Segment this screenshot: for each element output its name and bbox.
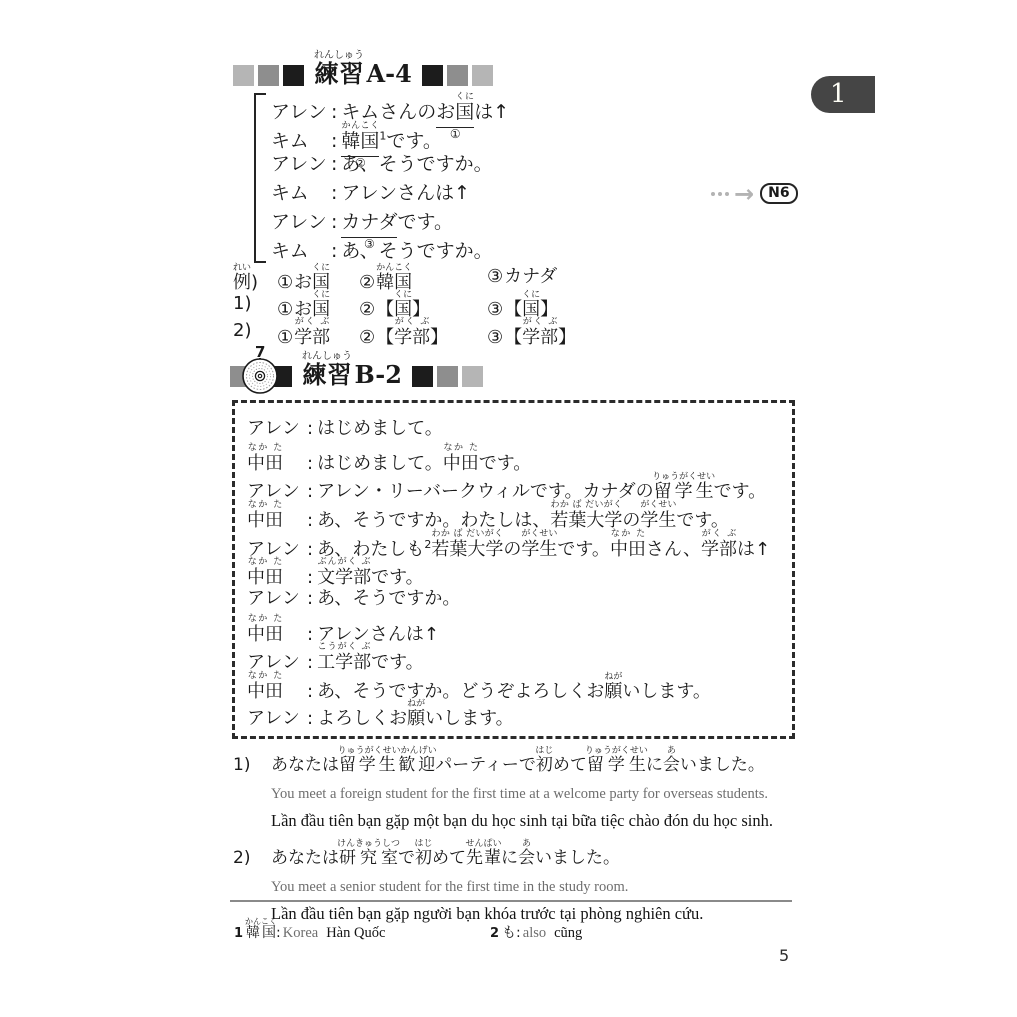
decorative-square — [462, 366, 483, 387]
ruby-annotated-text: 学生がくせい — [521, 539, 557, 560]
dialogue-line: アレン:あ、わたしも2若葉大学わか ば だいがくの学生がくせいです。中田なか た… — [247, 529, 792, 557]
dialogue-line: アレン:よろしくお願ねがいします。 — [247, 699, 792, 727]
speaker-name: キム — [271, 179, 331, 208]
chapter-number-tab: 1 — [811, 76, 875, 113]
speaker-colon: : — [331, 130, 337, 152]
ruby-annotated-text: 中田なか た — [247, 681, 283, 702]
ruby-annotated-text: 中田なか た — [247, 510, 283, 531]
answer-row-label: 例れい) — [233, 263, 277, 290]
ruby-annotated-text: 初はじ — [415, 848, 432, 868]
dialogue-line: アレン:アレン・リーバークウィルです。カナダの留学生りゅうがくせいです。 — [247, 472, 792, 500]
circled-number: ③ — [487, 266, 503, 287]
situation-number: 1) — [233, 749, 271, 781]
speaker-name: 中田なか た — [247, 500, 307, 535]
speaker-name: 中田なか た — [247, 614, 307, 649]
speaker-name: 中田なか た — [247, 443, 307, 478]
ruby-annotated-text: 先輩せんぱい — [466, 848, 501, 868]
dialogue-line: 中田なか た:あ、そうですか。わたしは、若葉大学わか ば だいがくの学生がくせい… — [247, 500, 792, 528]
b2-dialogue: アレン:はじめまして。中田なか た:はじめまして。中田なか たです。アレン:アレ… — [247, 415, 792, 727]
ruby-annotated-text: 留学生りゅうがくせい — [587, 755, 646, 775]
n6-badge: N6 — [760, 183, 797, 204]
ruby-annotated-text: 国くに — [455, 101, 474, 123]
decorative-square — [233, 65, 254, 86]
ruby-annotated-text: 学部がく ぶ — [522, 327, 558, 348]
decorative-square — [283, 65, 304, 86]
footnote-number: 1 — [234, 926, 243, 941]
cd-disc-graphic — [241, 357, 279, 395]
ruby-annotated-text: 中田なか た — [443, 453, 479, 474]
ruby-annotated-text: 中田なか た — [247, 624, 283, 645]
footnote-vietnamese: Hàn Quốc — [326, 925, 385, 941]
speaker-colon: : — [331, 211, 337, 233]
dot-icon — [725, 192, 729, 196]
footnote-term: 韓国かんこく — [246, 925, 276, 941]
dialogue-text: キムさんのお国くに①は↑ — [341, 101, 509, 123]
dialogue-line: 中田なか た:あ、そうですか。どうぞよろしくお願ねがいします。 — [247, 671, 792, 699]
ruby-annotated-text: 留学生りゅうがくせい — [654, 481, 714, 502]
dialogue-line: アレン:キムさんのお国くに①は↑ — [271, 92, 509, 121]
underlined-phrase: お国くに① — [436, 92, 474, 128]
dialogue-line: 中田なか た:アレンさんは↑ — [247, 614, 792, 642]
speaker-colon: : — [307, 681, 313, 702]
dialogue-line: アレン:工学部こうがく ぶです。 — [247, 642, 792, 670]
ruby-annotated-text: 願ねが — [604, 681, 622, 702]
speaker-name: アレン — [247, 585, 307, 613]
section-title-ruby: 練習れんしゅう — [314, 60, 364, 88]
situation-japanese-text: あなたは研究室けんきゅうしつで初はじめて先輩せんぱいに会あいました。 — [271, 848, 620, 868]
dialogue-text: 韓国かんこく②1です。 — [341, 130, 442, 152]
ruby-annotated-text: 願ねが — [407, 708, 425, 729]
speaker-colon: : — [307, 652, 313, 673]
ruby-annotated-text: 初はじ — [536, 755, 553, 775]
page-number: 5 — [779, 946, 789, 965]
footnote-separator: : — [276, 925, 281, 941]
ruby-annotated-text: 中田なか た — [247, 453, 283, 474]
speaker-colon: : — [331, 153, 337, 175]
ruby-annotated-text: 留学生歓迎りゅうがくせいかんげい — [339, 755, 435, 775]
answer-row: 1)①お国くに②【国くに】③【国くに】 — [233, 290, 576, 317]
dialogue-line: アレン:カナダ③です。 — [271, 208, 509, 237]
decorative-square — [412, 366, 433, 387]
decorative-square — [437, 366, 458, 387]
speaker-colon: : — [331, 240, 337, 262]
situation-japanese: 2)あなたは研究室けんきゅうしつで初はじめて先輩せんぱいに会あいました。 — [233, 839, 795, 874]
section-title-ruby: 練習れんしゅう — [302, 361, 352, 389]
answer-item: ②【国くに】 — [359, 290, 487, 317]
ruby-annotated-text: 会あ — [663, 755, 680, 775]
decorative-square — [472, 65, 493, 86]
cd-icon: 7 — [241, 345, 279, 395]
section-b2-header: 7 練習れんしゅうB-2 — [230, 338, 483, 388]
answer-item: ③【国くに】 — [487, 290, 558, 317]
speaker-name: アレン — [247, 415, 307, 443]
underlined-phrase: 韓国かんこく② — [341, 121, 379, 157]
answer-item: ②韓国かんこく — [359, 263, 487, 290]
situation-english: You meet a foreign student for the first… — [271, 781, 795, 807]
speaker-colon: : — [307, 708, 313, 729]
dialogue-text: 工学部こうがく ぶです。 — [317, 652, 424, 673]
dialogue-line: 中田なか た:はじめまして。中田なか たです。 — [247, 443, 792, 471]
answer-item: ③カナダ — [487, 263, 557, 290]
speaker-colon: : — [307, 624, 313, 645]
footnote-english: Korea — [283, 925, 318, 941]
footnote-divider — [230, 900, 792, 902]
situation-japanese-text: あなたは留学生歓迎りゅうがくせいかんげいパーティーで初はじめて留学生りゅうがくせ… — [271, 755, 765, 775]
answer-row-label: 1) — [233, 290, 277, 317]
answer-item: ①お国くに — [277, 290, 359, 317]
footnote-vietnamese: cũng — [554, 925, 582, 941]
section-a4-header: 練習れんしゅうA-4 — [233, 50, 493, 87]
grammar-reference-marker: → N6 — [711, 183, 798, 204]
footnote-list: 1韓国かんこく:KoreaHàn Quốc2も:alsocũng — [234, 914, 582, 944]
ruby-annotated-text: 会あ — [518, 848, 535, 868]
dialogue-text: はじめまして。中田なか たです。 — [317, 453, 531, 474]
dialogue-line: キム:あ、そうですか。 — [271, 237, 509, 266]
footnote-separator: : — [516, 925, 521, 941]
ruby-annotated-text: 若葉大学わか ば だいがく — [431, 539, 503, 560]
dialogue-text: アレンさんは↑ — [341, 182, 470, 204]
dialogue-text: あ、そうですか。どうぞよろしくお願ねがいします。 — [317, 681, 711, 702]
dialogue-bracket — [254, 93, 266, 263]
ruby-annotated-text: 中田なか た — [610, 539, 646, 560]
answer-slot-number: ③ — [364, 238, 375, 250]
dialogue-text: はじめまして。 — [317, 418, 443, 439]
ruby-annotated-text: 韓国かんこく — [246, 925, 276, 941]
answer-slot-number: ② — [355, 157, 366, 169]
answer-row: 例れい)①お国くに②韓国かんこく③カナダ — [233, 263, 576, 290]
textbook-page: 1 練習れんしゅうA-4 アレン:キムさんのお国くに①は↑キム:韓国かんこく②1… — [0, 0, 1017, 1017]
situation: 1)あなたは留学生歓迎りゅうがくせいかんげいパーティーで初はじめて留学生りゅうが… — [233, 746, 795, 834]
footnote-english: also — [523, 925, 546, 941]
a4-answer-rows: 例れい)①お国くに②韓国かんこく③カナダ1)①お国くに②【国くに】③【国くに】2… — [233, 263, 576, 344]
speaker-colon: : — [307, 453, 313, 474]
situation-vietnamese: Lần đầu tiên bạn gặp một bạn du học sinh… — [271, 807, 795, 834]
decorative-square — [447, 65, 468, 86]
situation-number: 2) — [233, 842, 271, 874]
speaker-name: アレン — [247, 705, 307, 733]
situation-list: 1)あなたは留学生歓迎りゅうがくせいかんげいパーティーで初はじめて留学生りゅうが… — [233, 746, 795, 932]
speaker-colon: : — [307, 481, 313, 502]
speaker-colon: : — [331, 182, 337, 204]
arrow-right-icon: → — [734, 185, 754, 203]
b2-dialogue-box: アレン:はじめまして。中田なか た:はじめまして。中田なか たです。アレン:アレ… — [232, 400, 795, 739]
ruby-annotated-text: 工学部こうがく ぶ — [317, 652, 371, 673]
ruby-annotated-text: 学部がく ぶ — [701, 539, 737, 560]
speaker-colon: : — [307, 510, 313, 531]
decorative-square — [422, 65, 443, 86]
answer-item: ③【学部がく ぶ】 — [487, 317, 576, 344]
footnote: 1韓国かんこく:KoreaHàn Quốc — [234, 917, 490, 944]
dialogue-text: あ、そうですか。 — [317, 588, 460, 609]
section-b2-number: B-2 — [355, 360, 402, 389]
dialogue-line: アレン:あ、そうですか。 — [247, 585, 792, 613]
dot-icon — [718, 192, 722, 196]
circled-number: ③ — [487, 327, 503, 348]
dialogue-text: よろしくお願ねがいします。 — [317, 708, 514, 729]
section-a4-title: 練習れんしゅうA-4 — [314, 50, 412, 87]
speaker-colon: : — [307, 588, 313, 609]
speaker-colon: : — [307, 418, 313, 439]
dot-icon — [711, 192, 715, 196]
dialogue-line: アレン:あ、そうですか。 — [271, 150, 509, 179]
speaker-name: アレン — [271, 208, 331, 237]
underlined-phrase: カナダ③ — [341, 208, 397, 238]
footnote-number: 2 — [490, 926, 499, 941]
dialogue-text: カナダ③です。 — [341, 211, 453, 233]
dialogue-line: キム:アレンさんは↑ — [271, 179, 509, 208]
answer-slot-number: ① — [450, 128, 461, 140]
section-a4-number: A-4 — [367, 59, 412, 88]
dialogue-line: アレン:はじめまして。 — [247, 415, 792, 443]
ruby-annotated-text: 韓国かんこく — [341, 130, 379, 152]
situation-japanese: 1)あなたは留学生歓迎りゅうがくせいかんげいパーティーで初はじめて留学生りゅうが… — [233, 746, 795, 781]
a4-dialogue: アレン:キムさんのお国くに①は↑キム:韓国かんこく②1です。アレン:あ、そうです… — [271, 92, 509, 266]
answer-item: ①お国くに — [277, 263, 359, 290]
speaker-name: 中田なか た — [247, 671, 307, 706]
speaker-name: キム — [271, 237, 331, 266]
speaker-colon: : — [331, 101, 337, 123]
section-b2-title: 練習れんしゅうB-2 — [302, 351, 402, 388]
dialogue-text: アレン・リーバークウィルです。カナダの留学生りゅうがくせいです。 — [317, 481, 766, 502]
speaker-name: アレン — [271, 150, 331, 179]
footnote-term: も — [502, 925, 516, 941]
decorative-square — [258, 65, 279, 86]
ruby-annotated-text: 研究室けんきゅうしつ — [339, 848, 398, 868]
footnote: 2も:alsocũng — [490, 923, 582, 944]
situation-english: You meet a senior student for the first … — [271, 874, 795, 900]
